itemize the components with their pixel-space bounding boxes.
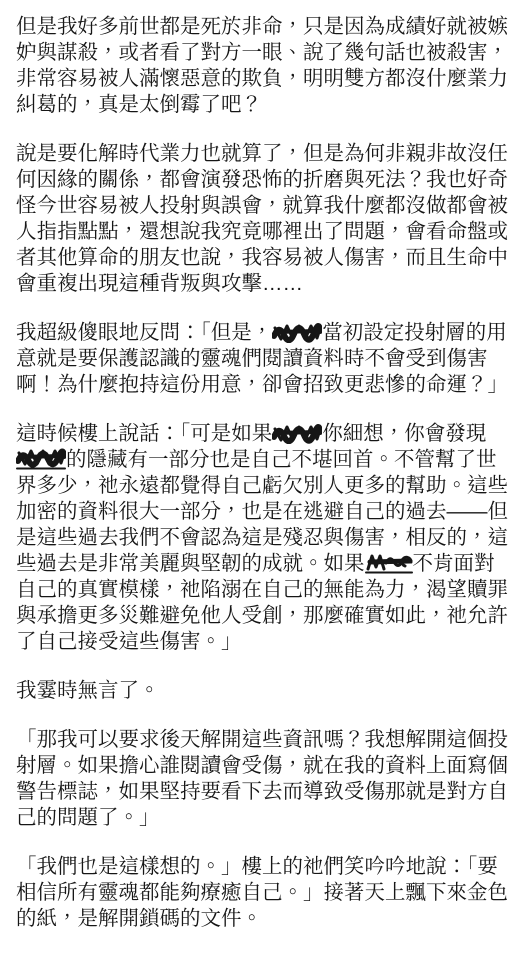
document-page: 但是我好多前世都是死於非命，只是因為成績好就被嫉妒與謀殺，或者看了對方一眼、說了… (0, 0, 526, 960)
paragraphs-container: 但是我好多前世都是死於非命，只是因為成績好就被嫉妒與謀殺，或者看了對方一眼、說了… (16, 14, 510, 932)
paragraph: 「我們也是這樣想的。」樓上的祂們笑吟吟地說：「要相信所有靈魂都能夠療癒自己。」接… (16, 854, 510, 932)
text-run: 這時候樓上說話：「可是如果 (16, 422, 272, 445)
redacted-name-scribble-icon (365, 551, 413, 574)
text-run: 「那我可以要求後天解開這些資訊嗎？我想解開這個投射層。如果擔心誰閱讀會受傷，就在… (16, 728, 508, 829)
redacted-name-scribble-icon (16, 447, 66, 470)
paragraph: 「那我可以要求後天解開這些資訊嗎？我想解開這個投射層。如果擔心誰閱讀會受傷，就在… (16, 727, 510, 831)
paragraph: 我霎時無言了。 (16, 678, 510, 704)
paragraph: 但是我好多前世都是死於非命，只是因為成績好就被嫉妒與謀殺，或者看了對方一眼、說了… (16, 14, 510, 118)
redacted-name-scribble-icon (272, 422, 322, 444)
text-run: 但是我好多前世都是死於非命，只是因為成績好就被嫉妒與謀殺，或者看了對方一眼、說了… (16, 15, 508, 116)
text-run: 你細想，你會發現 (322, 422, 486, 445)
text-run: 我超級傻眼地反問：「但是， (16, 321, 272, 344)
text-run: 「我們也是這樣想的。」樓上的祂們笑吟吟地說：「要相信所有靈魂都能夠療癒自己。」接… (16, 855, 508, 930)
text-run: 說是要化解時代業力也就算了，但是為何非親非故沒任何因緣的關係，都會演發恐怖的折磨… (16, 142, 508, 295)
text-run: 我霎時無言了。 (16, 679, 160, 702)
redacted-name-scribble-icon (272, 321, 322, 343)
paragraph: 說是要化解時代業力也就算了，但是為何非親非故沒任何因緣的關係，都會演發恐怖的折磨… (16, 141, 510, 297)
paragraph: 這時候樓上說話：「可是如果你細想，你會發現的隱藏有一部分也是自己不堪回首。不管幫… (16, 421, 510, 655)
paragraph: 我超級傻眼地反問：「但是，當初設定投射層的用意就是要保護認識的靈魂們閱讀資料時不… (16, 320, 510, 398)
